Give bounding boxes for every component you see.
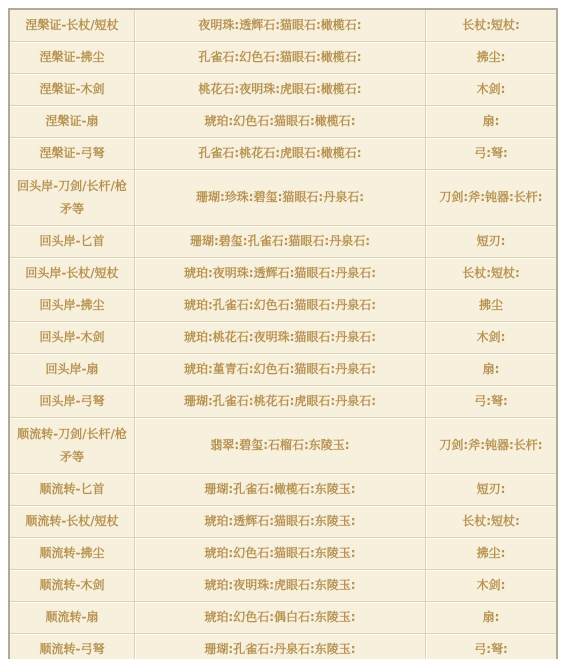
item-cell: 涅槃证-弓弩: [10, 138, 135, 169]
item-cell: 顺流转-匕首: [10, 474, 135, 505]
materials-cell: 珊瑚:孔雀石:丹泉石:东陵玉:: [135, 634, 426, 659]
materials-cell: 琥珀:幻色石:偶白石:东陵玉:: [135, 602, 426, 633]
table-row: 回头岸-刀剑/长杆/枪矛等 珊瑚:珍珠:碧玺:猫眼石:丹泉石: 刀剑:斧:钝器:…: [10, 170, 556, 226]
materials-cell: 琥珀:桃花石:夜明珠:猫眼石:丹泉石:: [135, 322, 426, 353]
types-cell: 短刃:: [426, 226, 556, 257]
table-row: 回头岸-弓弩 珊瑚:孔雀石:桃花石:虎眼石:丹泉石: 弓:弩:: [10, 386, 556, 418]
materials-cell: 琥珀:孔雀石:幻色石:猫眼石:丹泉石:: [135, 290, 426, 321]
table-row: 顺流转-刀剑/长杆/枪矛等 翡翠:碧玺:石榴石:东陵玉: 刀剑:斧:钝器:长杆:: [10, 418, 556, 474]
materials-cell: 琥珀:幻色石:猫眼石:东陵玉:: [135, 538, 426, 569]
types-cell: 扇:: [426, 354, 556, 385]
item-cell: 回头岸-刀剑/长杆/枪矛等: [10, 170, 135, 225]
table-row: 涅槃证-拂尘 孔雀石:幻色石:猫眼石:橄榄石: 拂尘:: [10, 42, 556, 74]
table-row: 回头岸-匕首 珊瑚:碧玺:孔雀石:猫眼石:丹泉石: 短刃:: [10, 226, 556, 258]
types-cell: 刀剑:斧:钝器:长杆:: [426, 418, 556, 473]
table-row: 回头岸-拂尘 琥珀:孔雀石:幻色石:猫眼石:丹泉石: 拂尘: [10, 290, 556, 322]
types-cell: 木剑:: [426, 322, 556, 353]
table-row: 顺流转-拂尘 琥珀:幻色石:猫眼石:东陵玉: 拂尘:: [10, 538, 556, 570]
table-row: 顺流转-长杖/短杖 琥珀:透辉石:猫眼石:东陵玉: 长杖:短杖:: [10, 506, 556, 538]
item-cell: 涅槃证-扇: [10, 106, 135, 137]
types-cell: 长杖:短杖:: [426, 506, 556, 537]
table-row: 涅槃证-扇 琥珀:幻色石:猫眼石:橄榄石: 扇:: [10, 106, 556, 138]
table-row: 顺流转-匕首 珊瑚:孔雀石:橄榄石:东陵玉: 短刃:: [10, 474, 556, 506]
materials-cell: 珊瑚:珍珠:碧玺:猫眼石:丹泉石:: [135, 170, 426, 225]
materials-cell: 琥珀:透辉石:猫眼石:东陵玉:: [135, 506, 426, 537]
table-row: 涅槃证-长杖/短杖 夜明珠:透辉石:猫眼石:橄榄石: 长杖:短杖:: [10, 10, 556, 42]
item-cell: 回头岸-长杖/短杖: [10, 258, 135, 289]
materials-cell: 孔雀石:桃花石:虎眼石:橄榄石:: [135, 138, 426, 169]
item-cell: 回头岸-扇: [10, 354, 135, 385]
item-cell: 回头岸-匕首: [10, 226, 135, 257]
item-cell: 回头岸-木剑: [10, 322, 135, 353]
table-row: 回头岸-长杖/短杖 琥珀:夜明珠:透辉石:猫眼石:丹泉石: 长杖:短杖:: [10, 258, 556, 290]
item-cell: 涅槃证-木剑: [10, 74, 135, 105]
types-cell: 弓:弩:: [426, 386, 556, 417]
materials-cell: 珊瑚:孔雀石:橄榄石:东陵玉:: [135, 474, 426, 505]
item-cell: 顺流转-长杖/短杖: [10, 506, 135, 537]
table-row: 回头岸-扇 琥珀:堇青石:幻色石:猫眼石:丹泉石: 扇:: [10, 354, 556, 386]
table-row: 涅槃证-木剑 桃花石:夜明珠:虎眼石:橄榄石: 木剑:: [10, 74, 556, 106]
types-cell: 拂尘:: [426, 42, 556, 73]
types-cell: 扇:: [426, 106, 556, 137]
materials-cell: 琥珀:幻色石:猫眼石:橄榄石:: [135, 106, 426, 137]
materials-cell: 夜明珠:透辉石:猫眼石:橄榄石:: [135, 10, 426, 41]
item-cell: 回头岸-弓弩: [10, 386, 135, 417]
materials-cell: 珊瑚:孔雀石:桃花石:虎眼石:丹泉石:: [135, 386, 426, 417]
table-row: 回头岸-木剑 琥珀:桃花石:夜明珠:猫眼石:丹泉石: 木剑:: [10, 322, 556, 354]
types-cell: 木剑:: [426, 570, 556, 601]
item-cell: 顺流转-拂尘: [10, 538, 135, 569]
types-cell: 弓:弩:: [426, 634, 556, 659]
table-row: 顺流转-木剑 琥珀:夜明珠:虎眼石:东陵玉: 木剑:: [10, 570, 556, 602]
item-cell: 顺流转-弓弩: [10, 634, 135, 659]
materials-cell: 翡翠:碧玺:石榴石:东陵玉:: [135, 418, 426, 473]
page: 涅槃证-长杖/短杖 夜明珠:透辉石:猫眼石:橄榄石: 长杖:短杖: 涅槃证-拂尘…: [0, 0, 566, 659]
materials-cell: 珊瑚:碧玺:孔雀石:猫眼石:丹泉石:: [135, 226, 426, 257]
item-cell: 涅槃证-拂尘: [10, 42, 135, 73]
materials-cell: 琥珀:堇青石:幻色石:猫眼石:丹泉石:: [135, 354, 426, 385]
materials-cell: 琥珀:夜明珠:透辉石:猫眼石:丹泉石:: [135, 258, 426, 289]
table-row: 涅槃证-弓弩 孔雀石:桃花石:虎眼石:橄榄石: 弓:弩:: [10, 138, 556, 170]
types-cell: 长杖:短杖:: [426, 10, 556, 41]
materials-cell: 孔雀石:幻色石:猫眼石:橄榄石:: [135, 42, 426, 73]
materials-cell: 琥珀:夜明珠:虎眼石:东陵玉:: [135, 570, 426, 601]
types-cell: 扇:: [426, 602, 556, 633]
item-cell: 回头岸-拂尘: [10, 290, 135, 321]
types-cell: 拂尘: [426, 290, 556, 321]
types-cell: 刀剑:斧:钝器:长杆:: [426, 170, 556, 225]
table-row: 顺流转-弓弩 珊瑚:孔雀石:丹泉石:东陵玉: 弓:弩:: [10, 634, 556, 659]
types-cell: 短刃:: [426, 474, 556, 505]
item-cell: 涅槃证-长杖/短杖: [10, 10, 135, 41]
types-cell: 木剑:: [426, 74, 556, 105]
item-cell: 顺流转-木剑: [10, 570, 135, 601]
crafting-materials-table: 涅槃证-长杖/短杖 夜明珠:透辉石:猫眼石:橄榄石: 长杖:短杖: 涅槃证-拂尘…: [8, 8, 558, 659]
types-cell: 长杖:短杖:: [426, 258, 556, 289]
table-row: 顺流转-扇 琥珀:幻色石:偶白石:东陵玉: 扇:: [10, 602, 556, 634]
types-cell: 弓:弩:: [426, 138, 556, 169]
item-cell: 顺流转-扇: [10, 602, 135, 633]
types-cell: 拂尘:: [426, 538, 556, 569]
item-cell: 顺流转-刀剑/长杆/枪矛等: [10, 418, 135, 473]
materials-cell: 桃花石:夜明珠:虎眼石:橄榄石:: [135, 74, 426, 105]
